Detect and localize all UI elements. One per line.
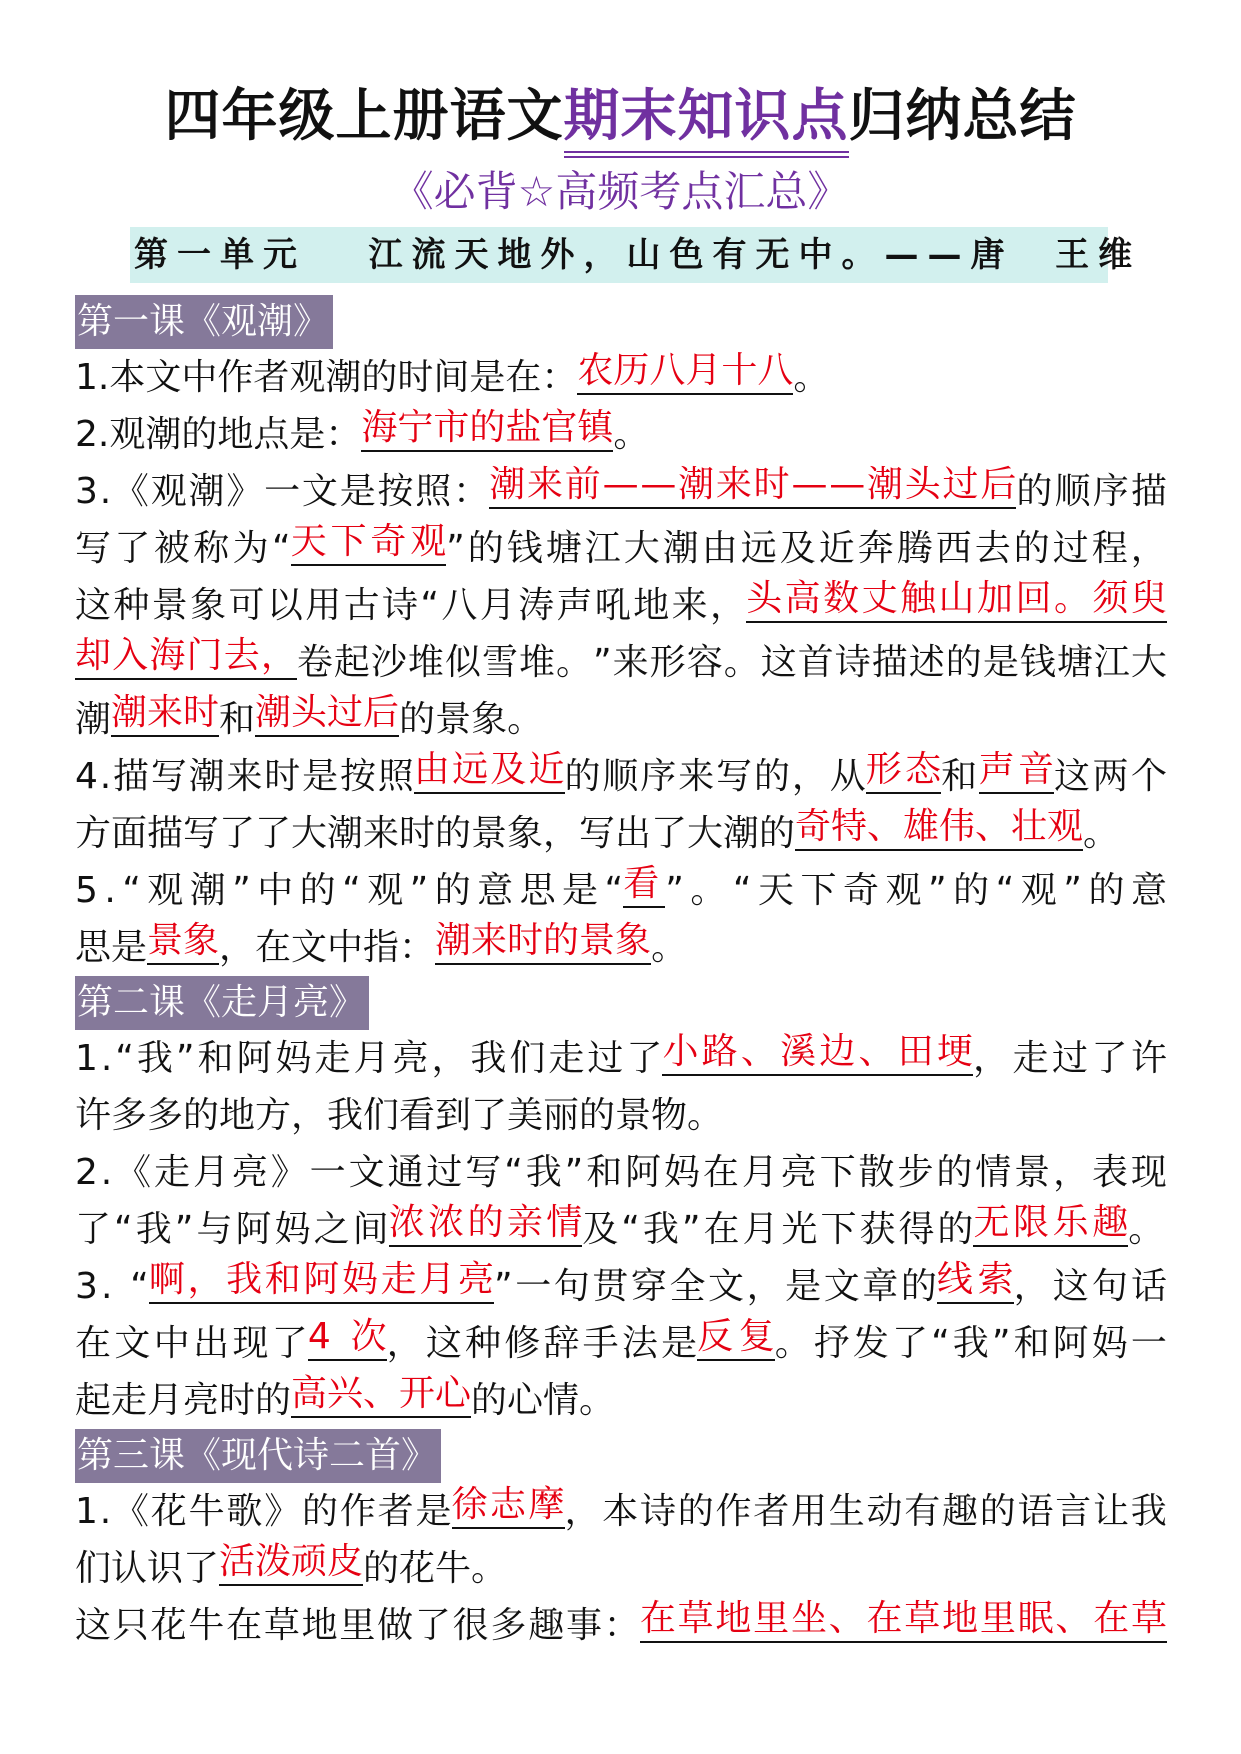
glyph: . <box>101 1258 112 1315</box>
glyph: 溪 <box>780 1030 816 1074</box>
glyph: 抒 <box>814 1315 850 1372</box>
glyph: 头 <box>905 463 941 507</box>
glyph: 象 <box>190 577 226 634</box>
glyph: 是 <box>562 862 598 919</box>
glyph: 潮 <box>189 748 225 805</box>
glyph: 句 <box>1092 1258 1128 1315</box>
answer-blank: 潮来前——潮来时——潮头过后 <box>489 463 1016 509</box>
glyph: 高 <box>785 577 821 621</box>
glyph: 去 <box>224 634 260 678</box>
glyph: ” <box>665 862 684 919</box>
glyph: 时 <box>264 748 300 805</box>
glyph: 近 <box>819 520 855 577</box>
glyph: 的 <box>1016 463 1052 520</box>
glyph: 表 <box>1092 1144 1128 1201</box>
glyph: 阿 <box>1053 1315 1089 1372</box>
text-segment: 这种景象可以用古诗“八月涛声吼地来， <box>75 577 746 634</box>
text-segment: 在文中出现了 <box>75 1315 308 1372</box>
glyph: 之 <box>314 1201 350 1258</box>
glyph: 意 <box>477 862 513 919</box>
glyph: 和 <box>586 1144 622 1201</box>
glyph: 在 <box>640 1597 676 1641</box>
glyph: 卷 <box>297 634 333 691</box>
glyph: 形 <box>866 748 902 792</box>
answer-blank: 景象 <box>147 919 219 965</box>
answer-blank: 4 次 <box>308 1315 387 1361</box>
glyph: ” <box>593 634 612 691</box>
text-segment: 。 <box>1083 805 1119 862</box>
glyph: ” <box>682 1201 701 1258</box>
text-line: 1.《花牛歌》的作者是徐志摩，本诗的作者用生动有趣的语言让我 <box>75 1483 1167 1540</box>
glyph: “ <box>122 862 141 919</box>
glyph: 边 <box>819 1030 855 1074</box>
glyph: 两 <box>1093 748 1129 805</box>
glyph: 章 <box>862 1258 898 1315</box>
text-line: 2.观潮的地点是：海宁市的盐官镇。 <box>75 406 1167 463</box>
glyph: 前 <box>565 463 601 507</box>
glyph: 容 <box>687 634 723 691</box>
glyph: 潮 <box>190 862 226 919</box>
answer-blank: 潮来时的景象 <box>435 919 651 965</box>
glyph: 是 <box>785 1258 821 1315</box>
lesson-content: 第一课《观潮》1.本文中作者观潮的时间是在：农历八月十八。2.观潮的地点是：海宁… <box>75 295 1167 1654</box>
glyph: 妈 <box>342 1258 378 1302</box>
glyph: 来 <box>672 577 708 634</box>
text-segment: 1.《花牛歌》的作者是 <box>75 1483 452 1540</box>
answer-blank: 看 <box>623 862 665 908</box>
text-segment: ”一句贯穿全文，是文章的 <box>494 1258 937 1315</box>
glyph: 3 <box>75 1258 98 1315</box>
glyph: 徐 <box>452 1483 488 1527</box>
glyph: 小 <box>662 1030 698 1074</box>
glyph: 的 <box>936 1144 972 1201</box>
glyph: 后 <box>980 463 1016 507</box>
glyph: 步 <box>897 1144 933 1201</box>
glyph: 浓 <box>428 1201 464 1245</box>
text-segment: 写了被称为“ <box>75 520 291 577</box>
glyph: 了 <box>75 1201 111 1258</box>
glyph: 亮 <box>232 1144 268 1201</box>
glyph: 潮 <box>189 463 225 520</box>
glyph: 。 <box>556 634 592 691</box>
glyph: 由 <box>414 748 450 792</box>
glyph: 诗 <box>382 577 418 634</box>
glyph: 和 <box>941 748 977 805</box>
text-segment: 们认识了 <box>75 1540 219 1597</box>
glyph: 复 <box>739 1315 775 1359</box>
glyph <box>335 1315 346 1359</box>
glyph: 者 <box>378 1483 414 1540</box>
answer-blank: 奇特、雄伟、壮观 <box>795 805 1083 851</box>
glyph: 似 <box>445 634 481 691</box>
glyph: 一 <box>515 1258 551 1315</box>
text-segment: 思是 <box>75 919 147 976</box>
glyph: 海 <box>149 634 185 678</box>
answer-blank: 浓浓的亲情 <box>389 1201 583 1247</box>
glyph: 了 <box>415 1597 451 1654</box>
text-line: 潮潮来时和潮头过后的景象。 <box>75 691 1167 748</box>
glyph: 现 <box>1131 1144 1167 1201</box>
glyph: 的 <box>468 1201 504 1245</box>
glyph: 里 <box>980 1597 1016 1641</box>
glyph: 却 <box>75 634 111 678</box>
section-heading-row: 第二课《走月亮》 <box>75 976 1167 1030</box>
glyph: 顺 <box>1055 463 1091 520</box>
glyph: 江 <box>585 520 621 577</box>
glyph: 5 <box>75 862 98 919</box>
glyph: 了 <box>272 1315 308 1372</box>
glyph: 丈 <box>862 577 898 621</box>
glyph: 中 <box>257 862 293 919</box>
glyph: — <box>791 463 827 507</box>
text-line: 思是景象，在文中指：潮来时的景象。 <box>75 919 1167 976</box>
glyph: 的 <box>901 1258 937 1315</box>
glyph: 月 <box>193 1144 229 1201</box>
glyph: 观 <box>367 862 403 919</box>
glyph: 阿 <box>303 1258 339 1302</box>
text-segment: 的心情。 <box>471 1372 615 1429</box>
glyph: 起 <box>334 634 370 691</box>
answer-blank: 小路、溪边、田埂 <box>662 1030 973 1076</box>
glyph: “ <box>504 1144 523 1201</box>
glyph: 我 <box>137 1030 173 1087</box>
glyph: 看 <box>623 862 659 906</box>
glyph: ， <box>1131 520 1167 577</box>
glyph: 辞 <box>543 1315 579 1372</box>
glyph: 描 <box>1131 463 1167 520</box>
glyph: 花 <box>151 1597 187 1654</box>
text-segment: 和 <box>941 748 979 805</box>
glyph: 须 <box>1092 577 1128 621</box>
glyph: 过 <box>943 463 979 507</box>
glyph: 来 <box>527 463 563 507</box>
glyph: 穿 <box>631 1258 667 1315</box>
glyph: 腾 <box>897 520 933 577</box>
glyph: . <box>101 1144 112 1201</box>
glyph: ， <box>792 748 828 805</box>
glyph: 天 <box>758 862 794 919</box>
glyph: 让 <box>1093 1483 1129 1540</box>
glyph: 全 <box>669 1258 705 1315</box>
glyph: 按 <box>378 463 414 520</box>
glyph: 牛 <box>188 1597 224 1654</box>
glyph: 在 <box>1093 1597 1129 1641</box>
section-heading: 第三课《现代诗二首》 <box>75 1429 441 1483</box>
glyph: 、 <box>829 1597 865 1641</box>
glyph: 在 <box>75 1315 111 1372</box>
glyph: 下 <box>801 862 837 919</box>
glyph: 语 <box>1018 1483 1054 1540</box>
glyph: 在 <box>704 1201 740 1258</box>
glyph: 了 <box>626 1030 662 1087</box>
glyph: ， <box>261 634 297 678</box>
glyph: 是 <box>415 1483 451 1540</box>
glyph: 这 <box>1054 748 1090 805</box>
glyph: 散 <box>859 1144 895 1201</box>
text-line: 4.描写潮来时是按照由远及近的顺序来写的，从形态和声音这两个 <box>75 748 1167 805</box>
glyph: 歌 <box>226 1483 262 1540</box>
glyph: 得 <box>898 1201 934 1258</box>
glyph: 中 <box>154 1315 190 1372</box>
text-segment: 许多多的地方，我们看到了美丽的景物。 <box>75 1087 723 1144</box>
glyph: 描 <box>113 748 149 805</box>
glyph: ， <box>431 1030 467 1087</box>
glyph: 触 <box>900 577 936 621</box>
glyph: — <box>829 463 865 507</box>
glyph: 4 <box>308 1315 331 1359</box>
glyph: 过 <box>1052 1030 1088 1087</box>
glyph: 一 <box>264 463 300 520</box>
text-segment: 2.《走月亮》一文通过写“我”和阿妈在月亮下散步的情景，表现 <box>75 1144 1167 1201</box>
glyph: 句 <box>554 1258 590 1315</box>
glyph: . <box>104 862 115 919</box>
glyph: 贯 <box>592 1258 628 1315</box>
glyph: 程 <box>1092 520 1128 577</box>
text-segment: 了“我”与阿妈之间 <box>75 1201 389 1258</box>
answer-blank: 头高数丈触山加回。须臾 <box>746 577 1167 623</box>
glyph: 本 <box>602 1483 638 1540</box>
glyph: 乐 <box>1053 1201 1089 1245</box>
glyph: 潮 <box>867 463 903 507</box>
glyph: “ <box>114 1201 133 1258</box>
glyph: 及 <box>582 1201 618 1258</box>
glyph: 文 <box>349 1144 385 1201</box>
glyph: 的 <box>678 1483 714 1540</box>
glyph: 妈 <box>1092 1315 1128 1372</box>
glyph: 潮 <box>663 520 699 577</box>
glyph: 的 <box>953 862 989 919</box>
glyph: 种 <box>465 1315 501 1372</box>
glyph: 奔 <box>858 520 894 577</box>
glyph: 修 <box>504 1315 540 1372</box>
glyph: 3 <box>75 463 98 520</box>
glyph: 声 <box>979 748 1015 792</box>
text-segment: 的顺序描 <box>1016 463 1167 520</box>
glyph: 时 <box>754 463 790 507</box>
glyph: 回 <box>1015 577 1051 621</box>
glyph: — <box>640 463 676 507</box>
glyph: 《 <box>113 1483 149 1540</box>
glyph: 月 <box>742 1144 778 1201</box>
glyph: 是 <box>340 463 376 520</box>
text-line: 写了被称为“天下奇观”的钱塘江大潮由远及近奔腾西去的过程， <box>75 520 1167 577</box>
glyph: 由 <box>702 520 738 577</box>
glyph: 头 <box>746 577 782 621</box>
glyph: 远 <box>741 520 777 577</box>
glyph: 限 <box>1013 1201 1049 1245</box>
glyph: 写 <box>465 1144 501 1201</box>
glyph: 1 <box>75 1030 98 1087</box>
glyph: 的 <box>754 748 790 805</box>
glyph: 路 <box>702 1030 738 1074</box>
glyph: 这 <box>1053 1258 1089 1315</box>
glyph: 月 <box>419 1258 455 1302</box>
glyph: 花 <box>151 1483 187 1540</box>
glyph: 事 <box>566 1597 602 1654</box>
glyph: 只 <box>113 1597 149 1654</box>
glyph: 用 <box>305 577 341 634</box>
text-line: 1.“我”和阿妈走月亮，我们走过了小路、溪边、田埂，走过了许 <box>75 1030 1167 1087</box>
text-segment: 3. “ <box>75 1258 149 1315</box>
glyph: 线 <box>937 1258 973 1302</box>
glyph: ， <box>973 1030 1009 1087</box>
glyph: 被 <box>154 520 190 577</box>
answer-blank: 徐志摩 <box>452 1483 565 1529</box>
section-heading: 第一课《观潮》 <box>75 295 333 349</box>
glyph: 啊 <box>149 1258 185 1302</box>
glyph: 走 <box>154 1144 190 1201</box>
glyph: ” <box>176 1030 195 1087</box>
text-segment: ”的钱塘江大潮由远及近奔腾西去的过程， <box>446 520 1167 577</box>
glyph: 月 <box>480 577 516 634</box>
text-segment: 。 <box>613 406 649 463</box>
answer-blank: 啊，我和阿妈走月亮 <box>149 1258 494 1304</box>
glyph: 地 <box>942 1597 978 1641</box>
glyph: 浓 <box>389 1201 425 1245</box>
glyph: 的 <box>302 1483 338 1540</box>
glyph: 臾 <box>1131 577 1167 621</box>
glyph: — <box>603 463 639 507</box>
glyph: 用 <box>791 1483 827 1540</box>
glyph: 的 <box>1088 862 1124 919</box>
text-segment: ，这句话 <box>1014 1258 1167 1315</box>
answer-blank: 由远及近 <box>414 748 565 794</box>
glyph: 。 <box>1128 1201 1164 1258</box>
glyph: “ <box>272 520 291 577</box>
glyph: 古 <box>344 577 380 634</box>
text-segment: ，这种修辞手法是 <box>387 1315 698 1372</box>
glyph: 诗 <box>835 634 871 691</box>
glyph: 走 <box>548 1030 584 1087</box>
glyph: 4 <box>75 748 98 805</box>
glyph: 以 <box>267 577 303 634</box>
glyph: 阿 <box>236 1201 272 1258</box>
text-line: 许多多的地方，我们看到了美丽的景物。 <box>75 1087 1167 1144</box>
glyph: 田 <box>898 1030 934 1074</box>
glyph: 次 <box>351 1315 387 1359</box>
glyph: 天 <box>291 520 327 564</box>
answer-blank: 高兴、开心 <box>291 1372 471 1418</box>
glyph: 在 <box>703 1144 739 1201</box>
text-segment: 这只花牛在草地里做了很多趣事： <box>75 1597 640 1654</box>
title-highlight: 期末知识点 <box>564 84 849 158</box>
glyph: 走 <box>314 1030 350 1087</box>
glyph: 的 <box>980 1483 1016 1540</box>
glyph: 一 <box>1131 1315 1167 1372</box>
page-title: 四年级上册语文期末知识点归纳总结 <box>0 82 1241 152</box>
glyph: 近 <box>529 748 565 792</box>
answer-blank: 潮头过后 <box>255 691 399 737</box>
glyph: 了 <box>114 520 150 577</box>
answer-blank: 海宁市的盐官镇 <box>361 406 613 452</box>
glyph: 思 <box>520 862 556 919</box>
glyph: 。 <box>690 862 726 919</box>
answer-blank: 声音 <box>979 748 1054 794</box>
glyph: 是 <box>661 1315 697 1372</box>
glyph: ” <box>928 862 947 919</box>
glyph: ， <box>1053 1144 1089 1201</box>
answer-blank: 无限乐趣 <box>973 1201 1128 1247</box>
glyph: ” <box>446 520 465 577</box>
glyph: 按 <box>340 748 376 805</box>
text-segment: 起走月亮时的 <box>75 1372 291 1429</box>
glyph: 手 <box>583 1315 619 1372</box>
glyph: 出 <box>193 1315 229 1372</box>
glyph: 了 <box>1091 1030 1127 1087</box>
glyph: 述 <box>909 634 945 691</box>
glyph: 发 <box>853 1315 889 1372</box>
glyph: 动 <box>867 1483 903 1540</box>
text-line: 5.“观潮”中的“观”的意思是“看”。“天下奇观”的“观”的意 <box>75 862 1167 919</box>
glyph: 们 <box>509 1030 545 1087</box>
answer-blank: 天下奇观 <box>291 520 446 566</box>
text-line: 1.本文中作者观潮的时间是在：农历八月十八。 <box>75 349 1167 406</box>
text-segment: 。抒发了“我”和阿妈一 <box>775 1315 1167 1372</box>
glyph: 写 <box>75 520 111 577</box>
glyph: 形 <box>650 634 686 691</box>
glyph: 加 <box>977 577 1013 621</box>
glyph: 埂 <box>937 1030 973 1074</box>
glyph: 这 <box>75 1597 111 1654</box>
glyph: 声 <box>557 577 593 634</box>
glyph: 和 <box>198 1030 234 1087</box>
glyph: 《 <box>113 463 149 520</box>
glyph: 吼 <box>595 577 631 634</box>
text-segment: 卷起沙堆似雪堆。”来形容。这首诗描述的是钱塘江大 <box>297 634 1167 691</box>
glyph: 大 <box>624 520 660 577</box>
glyph: 反 <box>697 1315 733 1359</box>
glyph: 获 <box>859 1201 895 1258</box>
glyph: 写 <box>716 748 752 805</box>
text-segment: 这两个 <box>1054 748 1167 805</box>
glyph: 情 <box>975 1144 1011 1201</box>
glyph: ， <box>387 1315 423 1372</box>
glyph: 趣 <box>942 1483 978 1540</box>
text-segment: 5.“观潮”中的“观”的意思是“ <box>75 862 623 919</box>
glyph: 话 <box>1131 1258 1167 1315</box>
answer-blank: 线索 <box>937 1258 1014 1304</box>
text-segment: 和 <box>219 691 255 748</box>
glyph: 和 <box>1014 1315 1050 1372</box>
glyph: 及 <box>490 748 526 792</box>
glyph: 观 <box>147 862 183 919</box>
answer-blank: 农历八月十八 <box>577 349 793 395</box>
glyph: 可 <box>229 577 265 634</box>
glyph: ” <box>494 1258 513 1315</box>
glyph: 写 <box>151 748 187 805</box>
glyph: 《 <box>115 1144 151 1201</box>
glyph: 的 <box>946 634 982 691</box>
section-heading: 第二课《走月亮》 <box>75 976 369 1030</box>
glyph: 摩 <box>528 1483 564 1527</box>
glyph: 个 <box>1131 748 1167 805</box>
glyph: ， <box>187 1258 223 1302</box>
glyph: 言 <box>1055 1483 1091 1540</box>
glyph: “ <box>604 862 623 919</box>
glyph: 大 <box>1131 634 1167 691</box>
glyph: 照 <box>415 463 451 520</box>
text-segment: ”。“天下奇观”的“观”的意 <box>665 862 1167 919</box>
glyph: 描 <box>872 634 908 691</box>
glyph: 情 <box>546 1201 582 1245</box>
glyph: 文 <box>114 1315 150 1372</box>
glyph: 草 <box>1131 1597 1167 1641</box>
text-segment: 1.“我”和阿妈走月亮，我们走过了 <box>75 1030 662 1087</box>
glyph: 作 <box>716 1483 752 1540</box>
glyph: 序 <box>1093 463 1129 520</box>
glyph: . <box>101 1030 112 1087</box>
glyph: 观 <box>1021 862 1057 919</box>
